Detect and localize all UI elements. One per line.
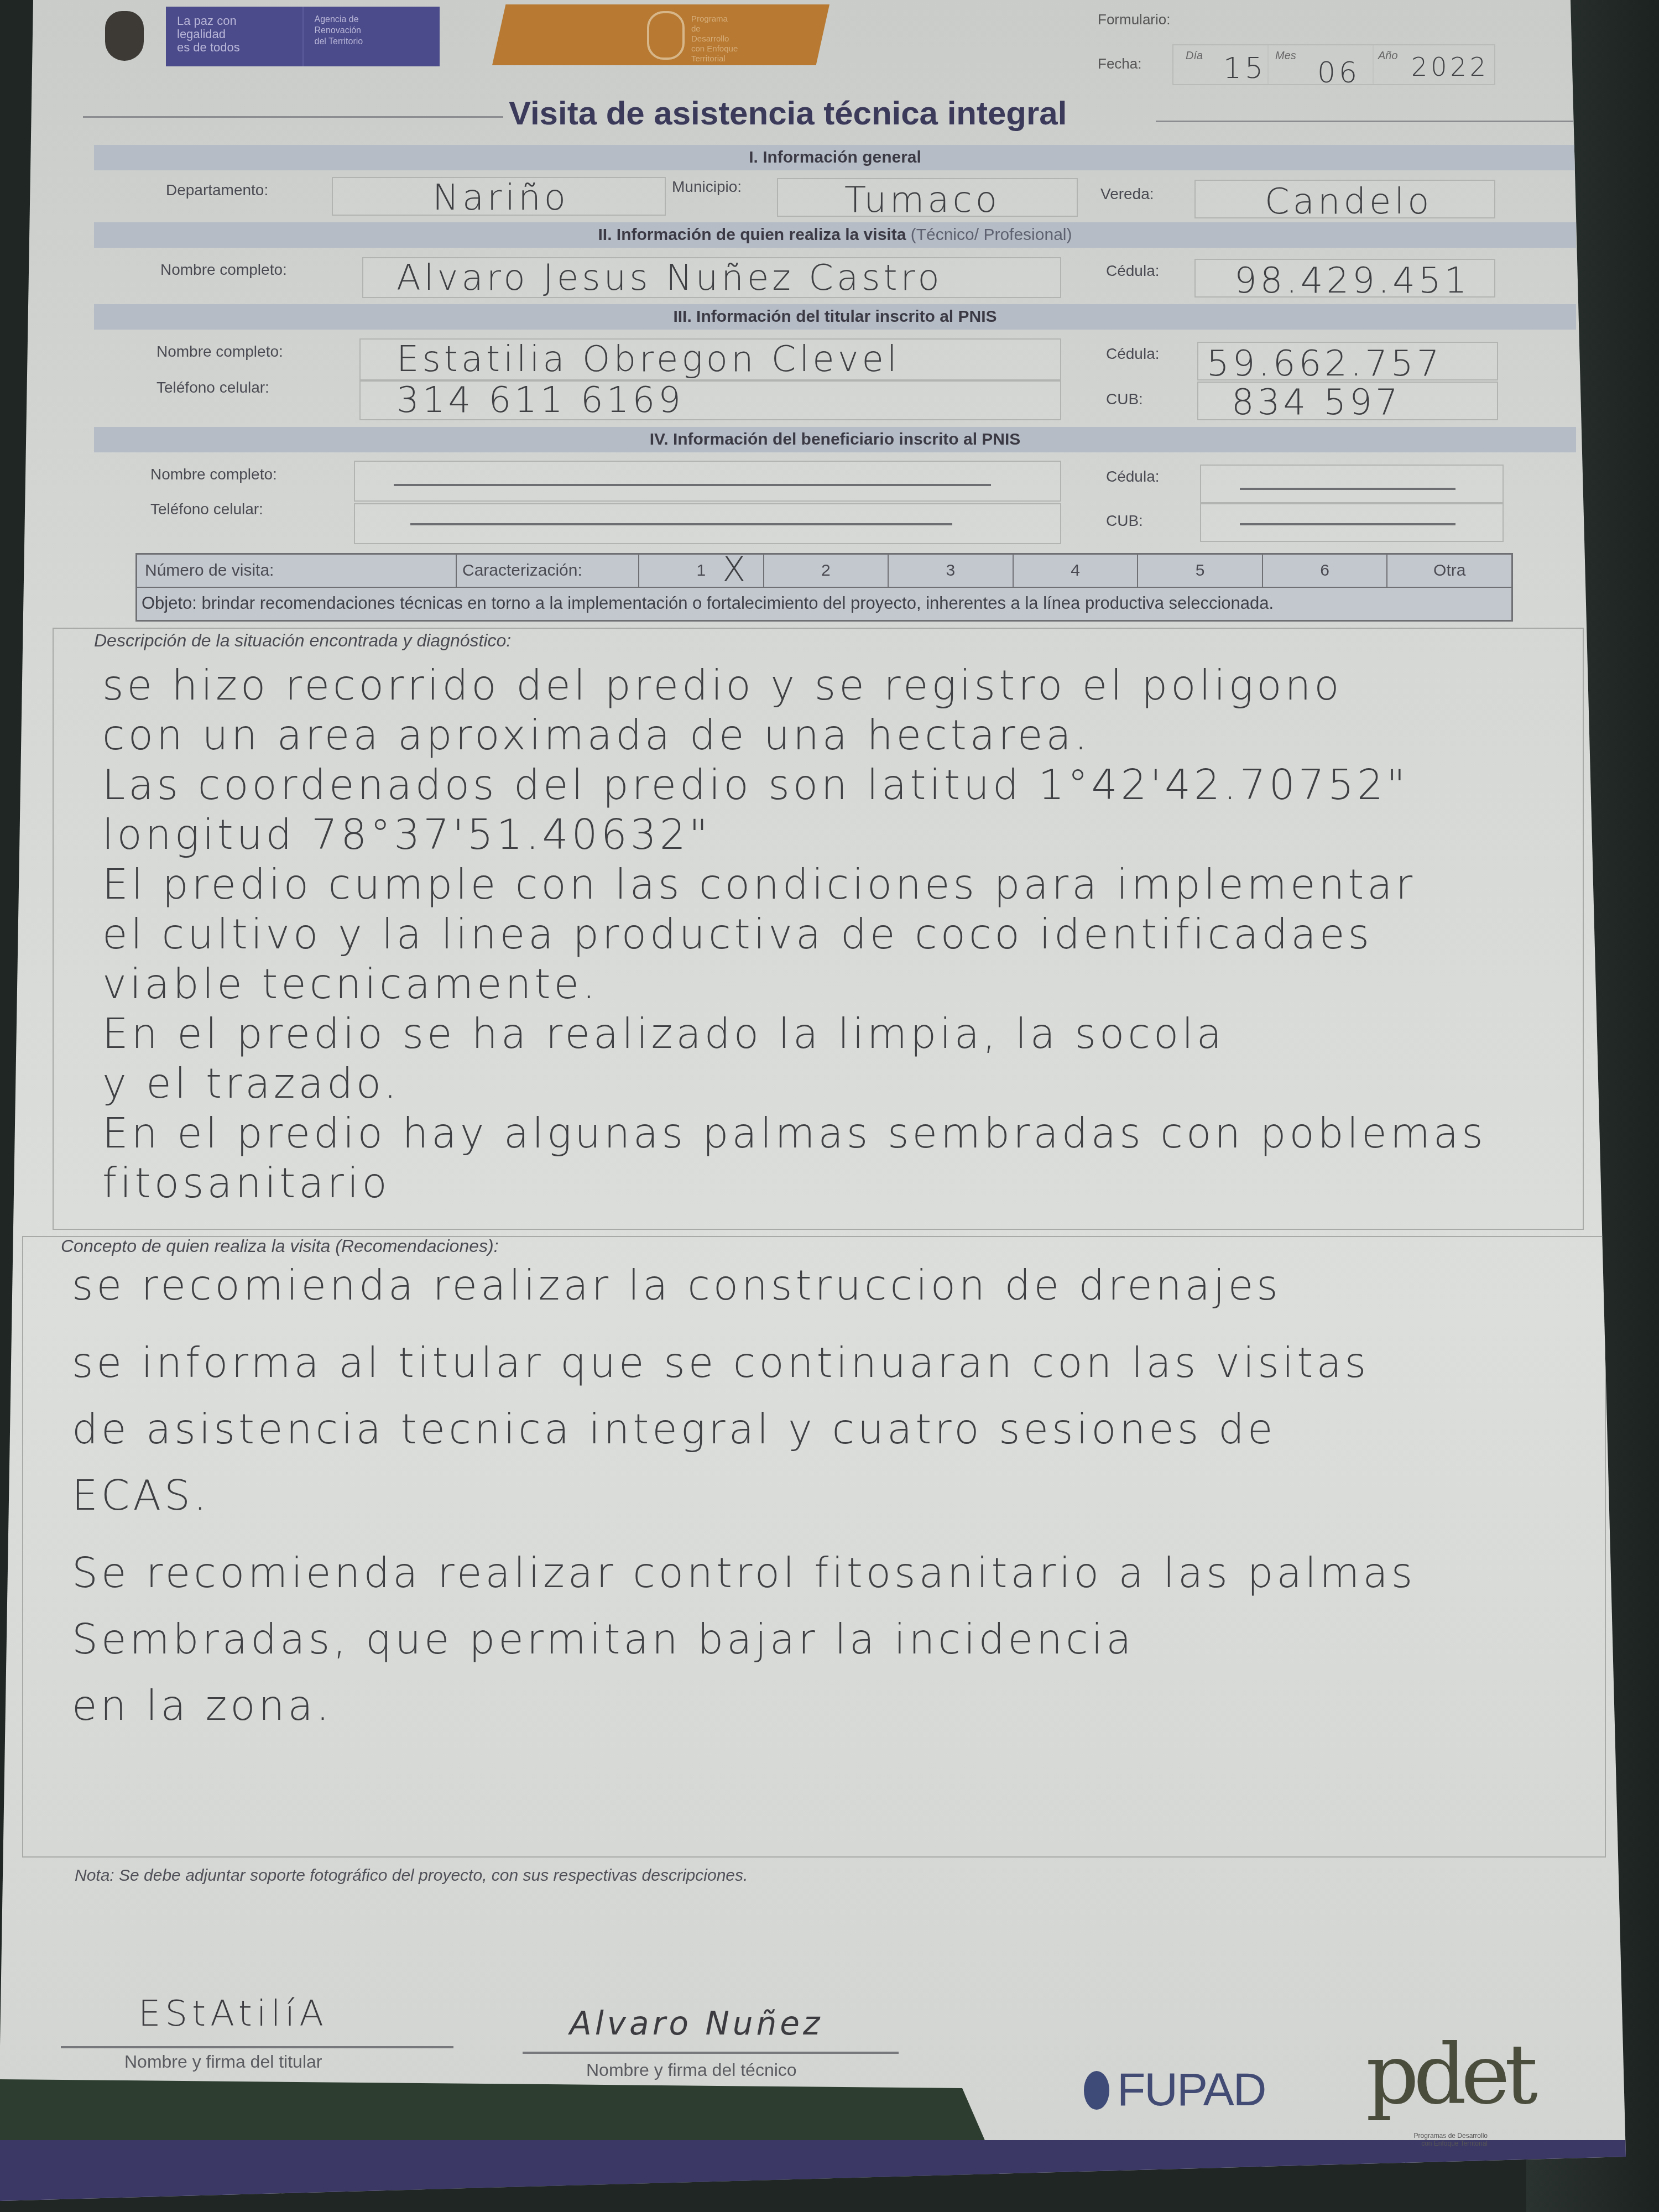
section-1-header: I. Información general: [94, 145, 1576, 170]
day-value: 15: [1223, 52, 1266, 85]
objeto-text: Objeto: brindar recomendaciones técnicas…: [137, 588, 1516, 619]
month-value: 06: [1317, 56, 1360, 90]
tecnico-nombre-field[interactable]: Alvaro Jesus Nuñez Castro: [362, 257, 1061, 298]
titular-signature-line: [61, 2046, 453, 2048]
vereda-field[interactable]: Candelo: [1194, 180, 1495, 218]
handwritten-line: viable tecnicamente.: [102, 962, 599, 1006]
handwritten-line: longitud 78°37'51.40632": [102, 813, 711, 857]
visit-option-5[interactable]: 5: [1138, 555, 1263, 587]
date-field[interactable]: Día 15 Mes 06 Año 2022: [1172, 44, 1495, 85]
pdet-banner-logo: Programa de Desarrollo con Enfoque Terri…: [492, 4, 830, 65]
tecnico-nombre-label: Nombre completo:: [160, 261, 287, 279]
handwritten-line: El predio cumple con las condiciones par…: [102, 863, 1416, 907]
beneficiario-cedula-field[interactable]: [1200, 465, 1504, 503]
beneficiario-telefono-field[interactable]: [354, 503, 1061, 544]
visit-option-6[interactable]: 6: [1263, 555, 1388, 587]
section-3-header: III. Información del titular inscrito al…: [94, 304, 1576, 330]
fupad-logo: FUPAD: [1117, 2063, 1265, 2116]
beneficiario-nombre-label: Nombre completo:: [150, 466, 277, 483]
beneficiario-cub-field[interactable]: [1200, 503, 1504, 542]
visit-number-row: Número de visita: Caracterización: 1 X 2…: [137, 555, 1511, 588]
handwritten-line: En el predio hay algunas palmas sembrada…: [102, 1112, 1486, 1156]
footer-purple-band: [0, 2140, 1626, 2212]
selected-mark: X: [722, 554, 749, 586]
titular-telefono-label: Teléfono celular:: [156, 379, 269, 397]
gov-logo-left: La paz con legalidad es de todos: [166, 7, 302, 66]
handwritten-line: el cultivo y la linea productiva de coco…: [102, 912, 1373, 957]
municipio-label: Municipio:: [672, 178, 742, 196]
handwritten-line: en la zona.: [72, 1684, 332, 1728]
titular-caption: Nombre y firma del titular: [124, 2052, 322, 2072]
titular-cedula-label: Cédula:: [1106, 345, 1160, 363]
departamento-field[interactable]: Nariño: [332, 177, 666, 216]
blank-strike-line: [1240, 488, 1455, 490]
concepto-box[interactable]: [22, 1236, 1606, 1858]
titular-nombre-label: Nombre completo:: [156, 343, 283, 361]
handwritten-line: se hizo recorrido del predio y se regist…: [102, 664, 1343, 708]
section-4-header: IV. Información del beneficiario inscrit…: [94, 427, 1576, 452]
beneficiario-telefono-label: Teléfono celular:: [150, 500, 263, 518]
handwritten-line: y el trazado.: [102, 1062, 400, 1106]
colombia-coat-of-arms-icon: [105, 11, 144, 61]
titular-cub-field[interactable]: 834 597: [1197, 382, 1498, 420]
gov-logo-right: Agencia de Renovación del Territorio: [302, 7, 440, 66]
handwritten-line: ECAS.: [72, 1474, 210, 1518]
tecnico-cedula-label: Cédula:: [1106, 262, 1160, 280]
handwritten-line: Las coordenados del predio son latitud 1…: [102, 763, 1408, 807]
titular-signature: EStAtilíA: [138, 1994, 328, 2034]
titular-cedula-field[interactable]: 59.662.757: [1197, 342, 1498, 380]
year-value: 2022: [1411, 52, 1489, 82]
blank-strike-line: [394, 484, 991, 486]
tecnico-caption: Nombre y firma del técnico: [586, 2060, 797, 2080]
tecnico-signature: Alvaro Nuñez: [570, 2005, 823, 2042]
fupad-globe-icon: [1084, 2071, 1109, 2110]
blank-strike-line: [1240, 523, 1455, 525]
fecha-label: Fecha:: [1098, 55, 1142, 72]
swirl-icon: [647, 11, 685, 60]
handwritten-line: En el predio se ha realizado la limpia, …: [102, 1012, 1225, 1056]
beneficiario-cub-label: CUB:: [1106, 512, 1143, 530]
pdet-subtitle: Programas de Desarrollo con Enfoque Terr…: [1410, 2132, 1488, 2147]
handwritten-line: Sembradas, que permitan bajar la inciden…: [72, 1618, 1135, 1662]
caracterizacion-label: Caracterización:: [457, 555, 639, 587]
section-2-header: II. Información de quien realiza la visi…: [94, 222, 1576, 248]
handwritten-line: se recomienda realizar la construccion d…: [72, 1264, 1281, 1308]
tecnico-signature-line: [523, 2052, 899, 2054]
titular-cub-label: CUB:: [1106, 390, 1143, 408]
note-text: Nota: Se debe adjuntar soporte fotográfi…: [75, 1866, 748, 1885]
concepto-label: Concepto de quien realiza la visita (Rec…: [61, 1236, 499, 1256]
title-rule-left: [83, 116, 503, 118]
tecnico-cedula-field[interactable]: 98.429.451: [1194, 259, 1495, 298]
formulario-label: Formulario:: [1098, 11, 1170, 28]
visit-option-2[interactable]: 2: [764, 555, 889, 587]
visit-option-4[interactable]: 4: [1014, 555, 1139, 587]
beneficiario-nombre-field[interactable]: [354, 461, 1061, 502]
beneficiario-cedula-label: Cédula:: [1106, 468, 1160, 486]
visit-table: Número de visita: Caracterización: 1 X 2…: [135, 553, 1513, 622]
handwritten-line: de asistencia tecnica integral y cuatro …: [72, 1407, 1276, 1452]
handwritten-line: fitosanitario: [102, 1161, 390, 1206]
title-rule-right: [1156, 121, 1576, 122]
handwritten-line: Se recomienda realizar control fitosanit…: [72, 1551, 1416, 1595]
government-logo: La paz con legalidad es de todos Agencia…: [166, 7, 440, 66]
titular-nombre-field[interactable]: Estatilia Obregon Clevel: [359, 338, 1061, 380]
descripcion-label: Descripción de la situación encontrada y…: [94, 630, 511, 651]
numero-visita-label: Número de visita:: [137, 555, 457, 587]
page-title: Visita de asistencia técnica integral: [509, 94, 1067, 132]
titular-telefono-field[interactable]: 314 611 6169: [359, 380, 1061, 420]
handwritten-line: con un area aproximada de una hectarea.: [102, 713, 1091, 758]
municipio-field[interactable]: Tumaco: [777, 178, 1078, 217]
visit-option-otra[interactable]: Otra: [1387, 555, 1511, 587]
visit-option-3[interactable]: 3: [889, 555, 1014, 587]
pdet-logo: pdet: [1366, 2027, 1532, 2123]
blank-strike-line: [410, 523, 952, 525]
visit-option-1[interactable]: 1 X: [639, 555, 764, 587]
form-sheet: La paz con legalidad es de todos Agencia…: [0, 0, 1626, 2201]
vereda-label: Vereda:: [1100, 185, 1154, 203]
pdet-banner-text: Programa de Desarrollo con Enfoque Terri…: [691, 14, 758, 64]
handwritten-line: se informa al titular que se continuaran…: [72, 1341, 1369, 1385]
departamento-label: Departamento:: [166, 181, 268, 199]
